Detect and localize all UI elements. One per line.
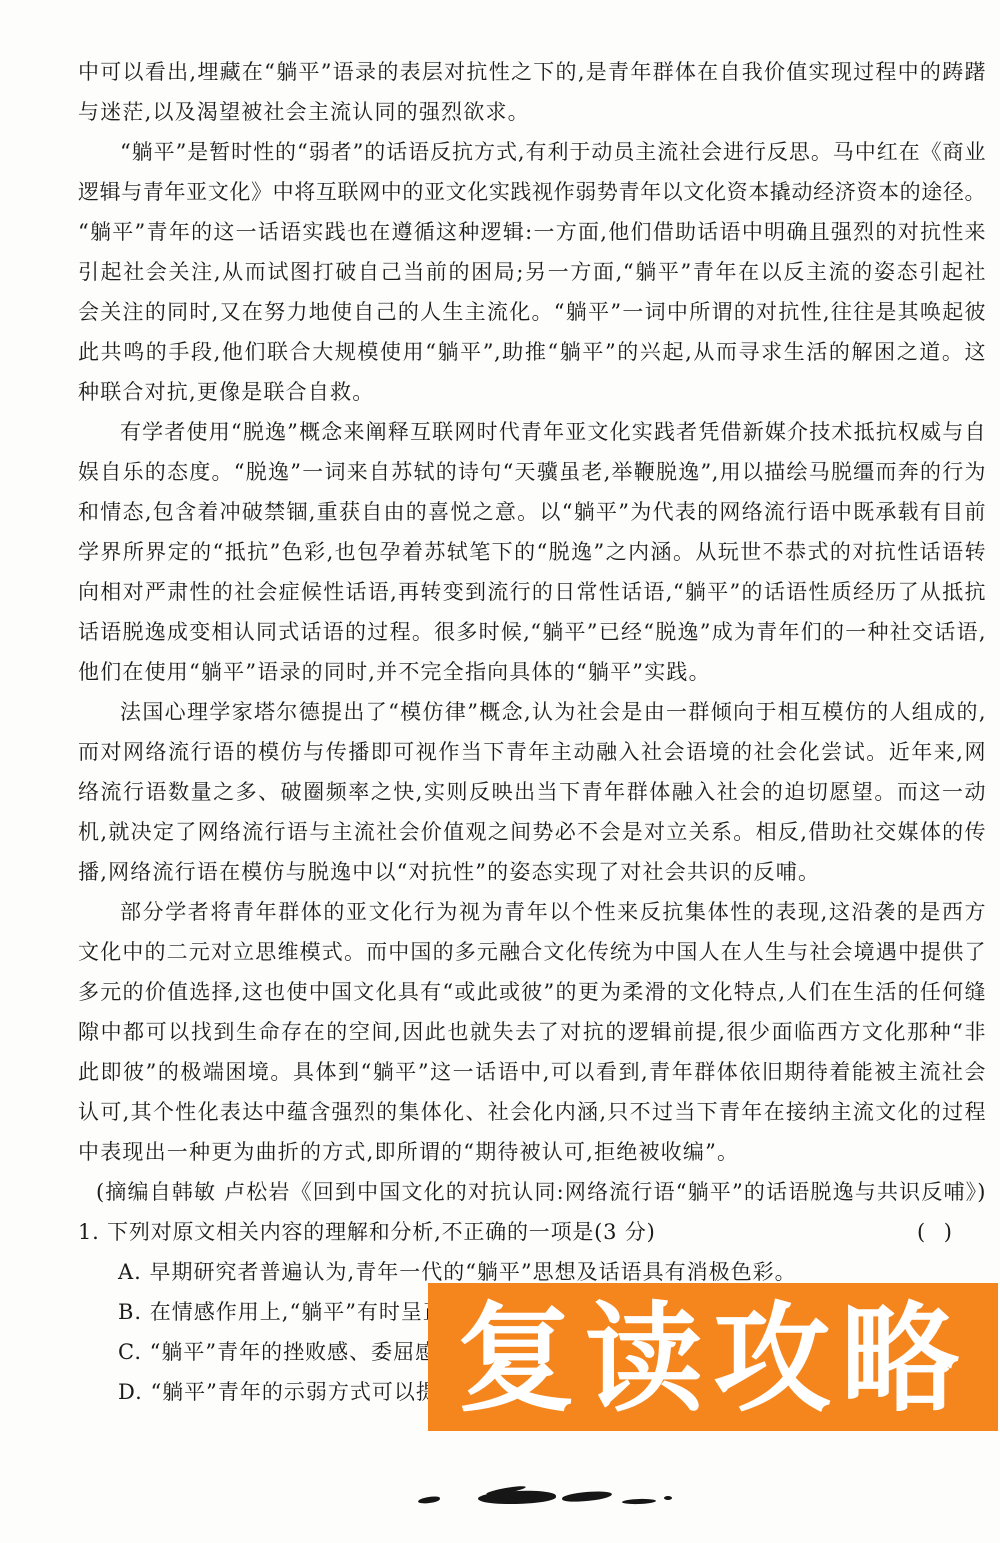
article-line: “躺平”青年的这一话语实践也在遵循这种逻辑:一方面,他们借助话语中明确且强烈的对… bbox=[78, 212, 986, 252]
article-line: 向相对严肃性的社会症候性话语,再转变到流行的日常性话语,“躺平”的话语性质经历了… bbox=[78, 572, 986, 612]
article-line: 学界所界定的“抵抗”色彩,也包孕着苏轼笔下的“脱逸”之内涵。从玩世不恭式的对抗性… bbox=[78, 532, 986, 572]
article-line: 话语脱逸成变相认同式话语的过程。很多时候,“躺平”已经“脱逸”成为青年们的一种社… bbox=[78, 612, 986, 652]
article-line: 此共鸣的手段,他们联合大规模使用“躺平”,助推“躺平”的兴起,从而寻求生活的解困… bbox=[78, 332, 986, 372]
article-line: 机,就决定了网络流行语与主流社会价值观之间势必不会是对立关系。相反,借助社交媒体… bbox=[78, 812, 986, 852]
question-stem: 1. 下列对原文相关内容的理解和分析,不正确的一项是(3 分) bbox=[78, 1212, 656, 1252]
article-line: 逻辑与青年亚文化》中将互联网中的亚文化实践视作弱势青年以文化资本撬动经济资本的途… bbox=[78, 172, 986, 212]
article-line: 中表现出一种更为曲折的方式,即所谓的“期待被认可,拒绝被收编”。 bbox=[78, 1132, 986, 1172]
ink-smudge bbox=[562, 1490, 613, 1502]
article-line: 文化中的二元对立思维模式。而中国的多元融合文化传统为中国人在人生与社会境遇中提供… bbox=[78, 932, 986, 972]
scanned-exam-page: 中可以看出,埋藏在“躺平”语录的表层对抗性之下的,是青年群体在自我价值实现过程中… bbox=[0, 0, 1000, 1543]
article-line: 引起社会关注,从而试图打破自己当前的困局;另一方面,“躺平”青年在以反主流的姿态… bbox=[78, 252, 986, 292]
article-line: 有学者使用“脱逸”概念来阐释互联网时代青年亚文化实践者凭借新媒介技术抵抗权威与自 bbox=[78, 412, 986, 452]
article-line: 种联合对抗,更像是联合自救。 bbox=[78, 372, 986, 412]
source-attribution: (摘编自韩敏 卢松岩《回到中国文化的对抗认同:网络流行语“躺平”的话语脱逸与共识… bbox=[78, 1172, 986, 1212]
article-line: 中可以看出,埋藏在“躺平”语录的表层对抗性之下的,是青年群体在自我价值实现过程中… bbox=[78, 52, 986, 92]
question-stem-row: 1. 下列对原文相关内容的理解和分析,不正确的一项是(3 分) ( ) bbox=[78, 1212, 986, 1252]
article-line: 隙中都可以找到生命存在的空间,因此也就失去了对抗的逻辑前提,很少面临西方文化那种… bbox=[78, 1012, 986, 1052]
article-line: 部分学者将青年群体的亚文化行为视为青年以个性来反抗集体性的表现,这沿袭的是西方 bbox=[78, 892, 986, 932]
watermark-banner: 复读攻略 bbox=[428, 1283, 998, 1431]
ink-smudge bbox=[622, 1498, 656, 1504]
ink-smudge bbox=[418, 1496, 441, 1505]
article-line: 认可,其个性化表达中蕴含强烈的集体化、社会化内涵,只不过当下青年在接纳主流文化的… bbox=[78, 1092, 986, 1132]
article-line: 此即彼”的极端困境。具体到“躺平”这一话语中,可以看到,青年群体依旧期待着能被主… bbox=[78, 1052, 986, 1092]
article-line: 络流行语数量之多、破圈频率之快,实则反映出当下青年群体融入社会的迫切愿望。而这一… bbox=[78, 772, 986, 812]
article-text: 中可以看出,埋藏在“躺平”语录的表层对抗性之下的,是青年群体在自我价值实现过程中… bbox=[78, 52, 986, 1412]
article-line: 法国心理学家塔尔德提出了“模仿律”概念,认为社会是由一群倾向于相互模仿的人组成的… bbox=[78, 692, 986, 732]
answer-brackets: ( ) bbox=[917, 1212, 986, 1252]
article-line: 而对网络流行语的模仿与传播即可视作当下青年主动融入社会语境的社会化尝试。近年来,… bbox=[78, 732, 986, 772]
ink-smudge bbox=[664, 1496, 672, 1500]
article-line: 多元的价值选择,这也使中国文化具有“或此或彼”的更为柔滑的文化特点,人们在生活的… bbox=[78, 972, 986, 1012]
article-line: 会关注的同时,又在努力地使自己的人生主流化。“躺平”一词中所谓的对抗性,往往是其… bbox=[78, 292, 986, 332]
watermark-label: 复读攻略 bbox=[457, 1285, 969, 1433]
article-line: 和情态,包含着冲破禁锢,重获自由的喜悦之意。以“躺平”为代表的网络流行语中既承载… bbox=[78, 492, 986, 532]
article-line: 与迷茫,以及渴望被社会主流认同的强烈欲求。 bbox=[78, 92, 986, 132]
article-line: 娱自乐的态度。“脱逸”一词来自苏轼的诗句“天骥虽老,举鞭脱逸”,用以描绘马脱缰而… bbox=[78, 452, 986, 492]
article-line: 播,网络流行语在模仿与脱逸中以“对抗性”的姿态实现了对社会共识的反哺。 bbox=[78, 852, 986, 892]
article-line: 他们在使用“躺平”语录的同时,并不完全指向具体的“躺平”实践。 bbox=[78, 652, 986, 692]
article-line: “躺平”是暂时性的“弱者”的话语反抗方式,有利于动员主流社会进行反思。马中红在《… bbox=[78, 132, 986, 172]
